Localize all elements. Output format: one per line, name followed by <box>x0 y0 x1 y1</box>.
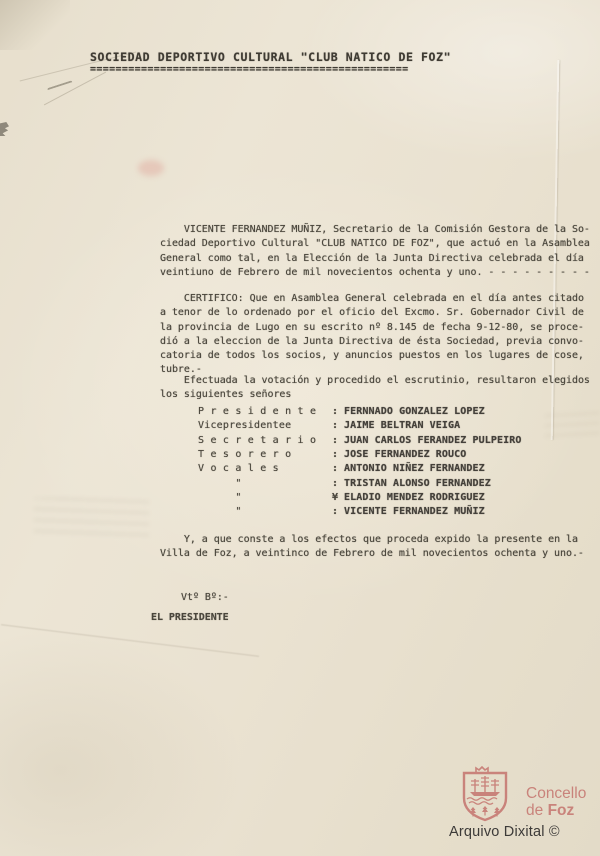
roster-role-label: T e s o r e r o <box>198 448 332 462</box>
roster-role-label: V o c a l e s <box>198 462 332 476</box>
paragraph-certifico: CERTIFICO: Que en Asamblea General celeb… <box>160 292 600 378</box>
ink-bleedthrough-smudge <box>545 408 600 438</box>
roster-person-name: TRISTAN ALONSO FERNANDEZ <box>344 477 491 491</box>
roster-person-name: ELADIO MENDEZ RODRIGUEZ <box>344 491 485 505</box>
board-roster: P r e s i d e n t e:FERNNADO GONZALEZ LO… <box>198 405 522 520</box>
roster-row-presidente: P r e s i d e n t e:FERNNADO GONZALEZ LO… <box>198 405 522 419</box>
roster-role-label: P r e s i d e n t e <box>198 405 332 419</box>
title-underline: ========================================… <box>90 64 409 75</box>
roster-row-tesorero: T e s o r e r o:JOSE FERNANDEZ ROUCO <box>198 448 522 462</box>
roster-separator: : <box>332 477 344 491</box>
roster-separator: ¥ <box>332 491 344 505</box>
roster-separator: : <box>332 505 344 519</box>
roster-role-label: S e c r e t a r i o <box>198 434 332 448</box>
roster-separator: : <box>332 419 344 433</box>
roster-row-vocal-4: ":VICENTE FERNANDEZ MUÑIZ <box>198 505 522 519</box>
document-title: SOCIEDAD DEPORTIVO CULTURAL "CLUB NATICO… <box>90 50 451 64</box>
roster-person-name: JUAN CARLOS FERANDEZ PULPEIRO <box>344 434 522 448</box>
logo-text: Concello de Foz <box>526 786 586 819</box>
roster-row-vocal-2: ":TRISTAN ALONSO FERNANDEZ <box>198 477 522 491</box>
scanned-document-page: SOCIEDAD DEPORTIVO CULTURAL "CLUB NATICO… <box>0 0 600 856</box>
visto-bueno-label: Vtº Bº:- <box>181 591 229 605</box>
archive-watermark: Arquivo Dixital © <box>449 824 560 840</box>
edge-ink-speck <box>0 122 9 136</box>
concello-de-foz-logo: Concello de Foz <box>452 766 586 828</box>
corner-shadow <box>0 0 70 50</box>
concello-de-foz-crest-icon <box>452 766 518 828</box>
logo-line1: Concello <box>526 786 586 803</box>
roster-person-name: ANTONIO NIÑEZ FERNANDEZ <box>344 462 485 476</box>
roster-role-label: Vicepresidentee <box>198 419 332 433</box>
roster-person-name: FERNNADO GONZALEZ LOPEZ <box>344 405 485 419</box>
roster-separator: : <box>332 405 344 419</box>
roster-row-secretario: S e c r e t a r i o:JUAN CARLOS FERANDEZ… <box>198 434 522 448</box>
roster-row-vocal-1: V o c a l e s:ANTONIO NIÑEZ FERNANDEZ <box>198 462 522 476</box>
paragraph-resultado: Efectuada la votación y procedido el esc… <box>160 374 600 403</box>
roster-separator: : <box>332 434 344 448</box>
paragraph-intro: VICENTE FERNANDEZ MUÑIZ, Secretario de l… <box>160 223 600 280</box>
roster-person-name: JOSE FERNANDEZ ROUCO <box>344 448 466 462</box>
paragraph-closing: Y, a que conste a los efectos que proced… <box>160 533 600 562</box>
roster-row-vocal-3: "¥ELADIO MENDEZ RODRIGUEZ <box>198 491 522 505</box>
crease-mark <box>1 624 259 657</box>
roster-person-name: JAIME BELTRAN VEIGA <box>344 419 460 433</box>
roster-role-label: " <box>198 491 332 505</box>
roster-role-label: " <box>198 477 332 491</box>
roster-separator: : <box>332 462 344 476</box>
paper-stain <box>138 160 164 176</box>
logo-line2: de Foz <box>526 803 586 820</box>
roster-person-name: VICENTE FERNANDEZ MUÑIZ <box>344 505 485 519</box>
roster-role-label: " <box>198 505 332 519</box>
president-label: EL PRESIDENTE <box>151 611 229 625</box>
ink-bleedthrough-smudge <box>34 498 149 536</box>
logo-town-name: Foz <box>548 802 575 819</box>
roster-row-vicepresidente: Vicepresidentee:JAIME BELTRAN VEIGA <box>198 419 522 433</box>
roster-separator: : <box>332 448 344 462</box>
